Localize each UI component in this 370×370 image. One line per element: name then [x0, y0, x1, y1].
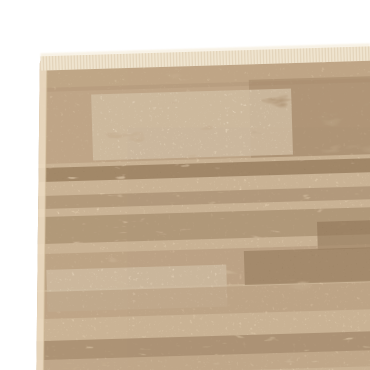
product-photo [0, 0, 370, 370]
rug-body [25, 40, 370, 370]
pile-speckle [25, 40, 370, 370]
rug-corner-image [0, 0, 370, 370]
